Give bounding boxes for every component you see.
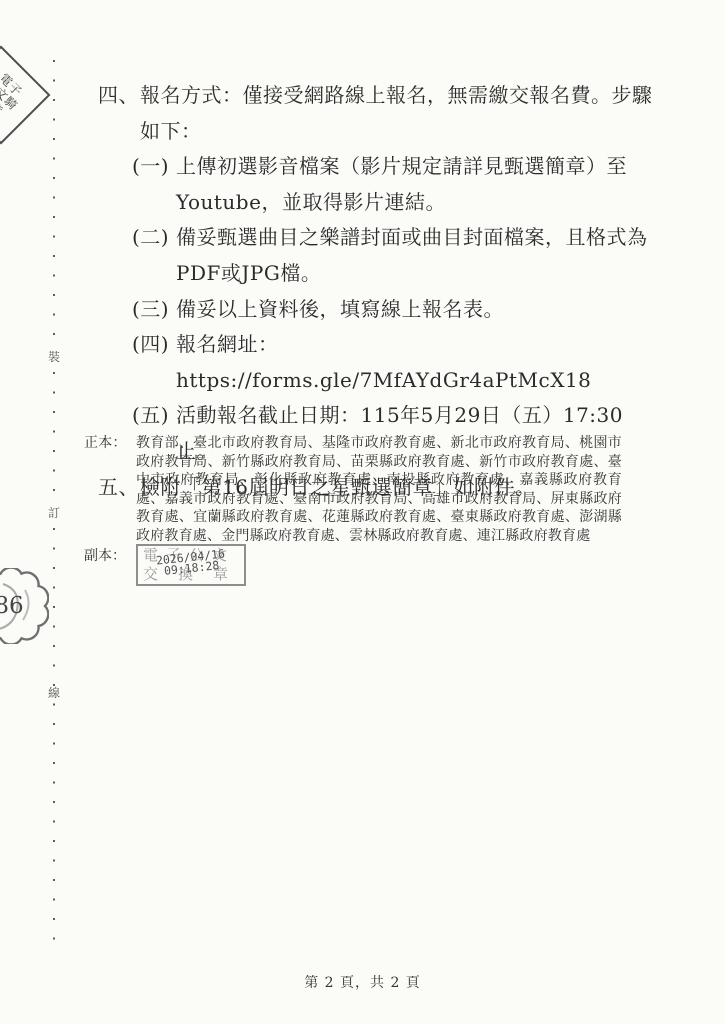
original-copy-label: 正本： [84, 434, 136, 546]
binding-mark-ding: 訂 [44, 506, 64, 520]
electronic-exchange-stamp-icon: 電子公文 交換章 2026/04/16 09:18:28 [136, 544, 246, 586]
carbon-copy-label: 副本： [84, 544, 136, 586]
sub-item-4: (四) 報名網址：https://forms.gle/7MfAYdGr4aPtM… [132, 327, 654, 398]
sub-item-1-number: (一) [132, 149, 176, 220]
footer-page-number: 第 2 頁，共 2 頁 [0, 972, 725, 992]
sub-item-3-number: (三) [132, 292, 176, 328]
sub-item-2-line1: 備妥甄選曲目之樂譜封面或曲目封面檔案，且格式為 [176, 220, 654, 256]
binding-mark-xian: 線 [44, 686, 64, 700]
document-page: 裝 訂 線 電子 公文騎 縫章 86 四、 報名方式：僅接受網路線上報名，無需繳… [0, 0, 725, 1024]
sub-item-3-text: 備妥以上資料後，填寫線上報名表。 [176, 292, 654, 328]
distribution-block: 正本： 教育部、臺北市政府教育局、基隆市政府教育處、新北市政府教育局、桃園市政府… [84, 434, 628, 546]
sub-item-1: (一) 上傳初選影音檔案（影片規定請詳見甄選簡章）至 Youtube，並取得影片… [132, 149, 654, 220]
corner-diamond-seal-icon: 電子 公文騎 縫章 [0, 46, 50, 145]
sub-item-2-line2: PDF或JPG檔。 [176, 256, 654, 292]
page-number-seal-icon: 86 [0, 568, 49, 644]
sub-item-1-line2: Youtube，並取得影片連結。 [176, 185, 654, 221]
item-four-text: 報名方式：僅接受網路線上報名，無需繳交報名費。步驟 [140, 78, 653, 114]
sub-item-4-number: (四) [132, 327, 176, 398]
item-four-line2: 如下： [140, 114, 654, 150]
registration-url: 報名網址：https://forms.gle/7MfAYdGr4aPtMcX18 [176, 327, 654, 398]
sub-item-1-line1: 上傳初選影音檔案（影片規定請詳見甄選簡章）至 [176, 149, 654, 185]
item-four-line1: 四、 報名方式：僅接受網路線上報名，無需繳交報名費。步驟 [98, 78, 654, 114]
binding-mark-zhuang: 裝 [44, 350, 64, 364]
sub-item-2: (二) 備妥甄選曲目之樂譜封面或曲目封面檔案，且格式為 PDF或JPG檔。 [132, 220, 654, 291]
sub-item-3: (三) 備妥以上資料後，填寫線上報名表。 [132, 292, 654, 328]
page-seal-number: 86 [0, 593, 24, 619]
carbon-copy-row: 副本： 電子公文 交換章 2026/04/16 09:18:28 [84, 544, 246, 586]
sub-item-2-number: (二) [132, 220, 176, 291]
original-copy-recipients: 教育部、臺北市政府教育局、基隆市政府教育處、新北市政府教育局、桃園市政府教育局、… [136, 434, 622, 546]
item-four-number: 四、 [98, 78, 140, 114]
